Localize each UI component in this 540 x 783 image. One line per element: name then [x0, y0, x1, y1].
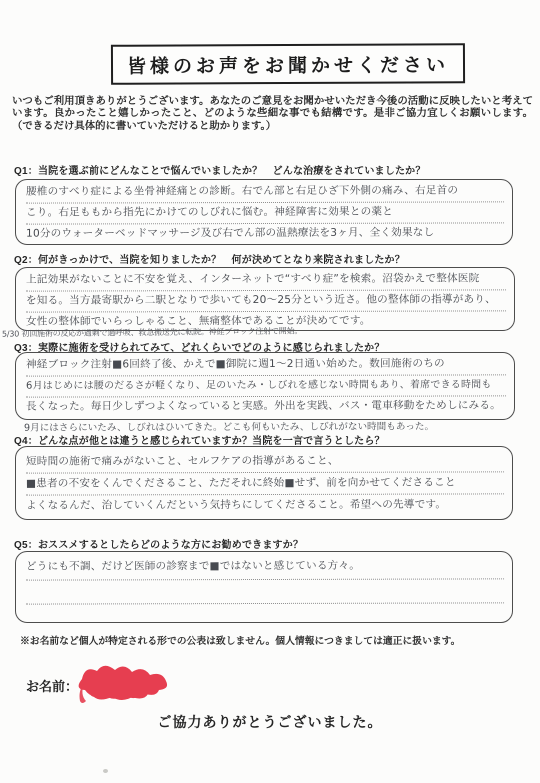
question-4-label: Q4：どんな点が他とは違うと感じられていますか？当院を一言で言うとしたら？	[14, 432, 385, 447]
name-redaction-scribble-icon	[70, 659, 176, 709]
handwritten-line-empty	[26, 579, 504, 604]
handwritten-line: 神経ブロック注射■6回終了後、かえで■御院に週1～2日通い始めた。数回施術のちの	[26, 354, 506, 376]
privacy-note: ※お名前など個人が特定される形での公表は致しません。個人情報につきましては適正に…	[20, 633, 460, 647]
intro-text: いつもご利用頂きありがとうございます。あなたのご意見をお聞かせいただき今後の活動…	[12, 96, 533, 133]
handwritten-line: 腰椎のすべり症による坐骨神経痛との診断。右でん部と右足ひざ下外側の痛み、右足首の	[26, 181, 504, 203]
answer-box-q1: 腰椎のすべり症による坐骨神経痛との診断。右でん部と右足ひざ下外側の痛み、右足首の…	[15, 179, 513, 245]
question-1-label: Q1：当院を選ぶ前にどんなことで悩んでいましたか？ どんな治療をされていましたか…	[14, 162, 426, 177]
answer-box-q3: 神経ブロック注射■6回終了後、かえで■御院に週1～2日通い始めた。数回施術のちの…	[15, 352, 515, 420]
answer-box-q2: 上記効果がないことに不安を覚え、インターネットで“すべり症”を検索。沼袋かえで整…	[15, 267, 515, 331]
handwritten-line: こり。右足ももから指先にかけてのしびれに悩む。神経障害に効果との薬と	[26, 202, 504, 224]
handwritten-line: 6月はじめには腰のだるさが軽くなり、足のいたみ・しびれを感じない時間もあり、着席…	[26, 375, 506, 397]
handwritten-line: 10分のウォーターベッドマッサージ及び右でん部の温熱療法を3ヶ月、全く効果なし	[26, 223, 504, 244]
handwritten-line: よくなるんだ、治していくんだという気持ちにしてくださること。希望への先導です。	[26, 494, 504, 516]
handwritten-line: を知る。当方最寄駅から二駅となりで歩いても20～25分という近さ。他の整体師の指…	[26, 290, 506, 312]
answer-box-q4: 短時間の施術で痛みがないこと、セルフケアの指導があること、 ■患者の不安をくんで…	[15, 446, 513, 520]
question-5-label: Q5：おススメするとしたらどのような方にお勧めできますか？	[14, 536, 303, 551]
margin-note: 5/30 初回施術の反応が過剰で過呼吸、救急搬送先に転院。神経ブロック注射で開始…	[2, 325, 302, 339]
closing-thanks: ご協力ありがとうございました。	[0, 712, 540, 732]
handwritten-line: 上記効果がないことに不安を覚え、インターネットで“すべり症”を検索。沼袋かえで整…	[26, 269, 506, 291]
handwritten-line: 短時間の施術で痛みがないこと、セルフケアの指導があること、	[26, 450, 504, 473]
answer-box-q5: どうにも不調、だけど医師の診察まで■ではないと感じている方々。	[15, 551, 513, 623]
question-2-label: Q2：何がきっかけで、当院を知りましたか？ 何が決めてとなり来院されましたか？	[14, 251, 405, 266]
scan-smudge	[103, 769, 108, 773]
feedback-sheet: 皆様のお声をお聞かせください いつもご利用頂きありがとうございます。あなたのご意…	[0, 0, 540, 783]
handwritten-line: ■患者の不安をくんでくださること、ただそれに終始■せず、前を向かせてくださること	[26, 472, 504, 495]
handwritten-line: 長くなった。毎日少しずつよくなっていると実感。外出を実践、バス・電車移動をためし…	[26, 396, 506, 417]
handwritten-line: どうにも不調、だけど医師の診察まで■ではないと感じている方々。	[26, 555, 504, 580]
sheet-title: 皆様のお声をお聞かせください	[111, 43, 465, 85]
